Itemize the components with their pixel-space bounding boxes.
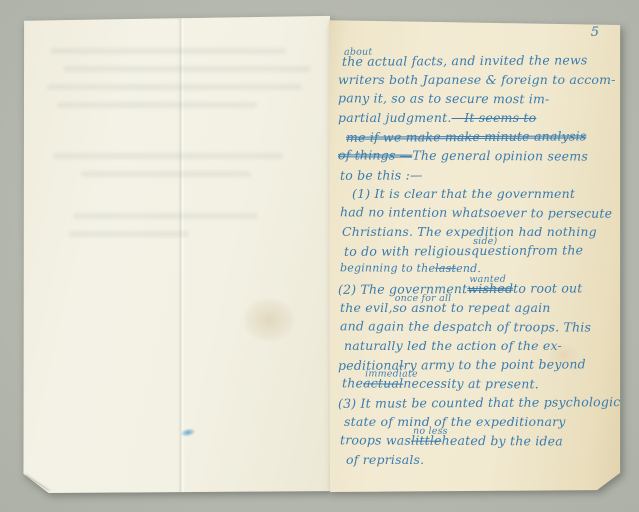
inserted-text-above: wanted: [469, 275, 506, 285]
manuscript-line: the actual facts, and invited the newsab…: [338, 52, 617, 73]
struck-text: wishedwanted: [467, 281, 513, 296]
inserted-text-above: about: [344, 48, 372, 58]
bleed-through-ghost-line: [63, 66, 311, 72]
handwritten-text: had no intention whatsoever to persecute: [340, 204, 612, 220]
handwritten-text: of reprisals.: [346, 452, 424, 467]
handwritten-text: questionside): [471, 243, 527, 258]
handwritten-text: and again the despatch of troops. This: [340, 318, 591, 334]
left-page: [21, 13, 330, 494]
manuscript-line: troops was littleno less heated by the i…: [338, 432, 617, 452]
handwritten-text: pany it, so as to secure most im-: [338, 90, 550, 106]
handwritten-text: state of mind of the expeditionary: [344, 414, 566, 429]
struck-text: of things —: [338, 147, 412, 162]
handwritten-text: to do with religious: [344, 243, 471, 259]
right-page-wrapper: 5 the actual facts, and invited the news…: [328, 13, 621, 493]
stain: [548, 343, 578, 367]
dog-ear-fold: [24, 475, 50, 492]
handwritten-text: necessity at present.: [403, 376, 539, 392]
manuscript-line: (1) It is clear that the government: [338, 186, 617, 205]
handwritten-text: troops was: [340, 432, 411, 447]
manuscript-line: had no intention whatsoever to persecute: [338, 204, 617, 224]
handwritten-text: naturally led the action of the ex-: [344, 338, 562, 353]
stain: [243, 298, 295, 342]
manuscript-line: pany it, so as to secure most im-: [338, 90, 617, 110]
right-page: 5 the actual facts, and invited the news…: [328, 13, 621, 493]
struck-text: last: [435, 262, 456, 275]
handwritten-text: writers both Japanese & foreign to accom…: [338, 72, 616, 87]
manuscript-line: and again the despatch of troops. This: [338, 318, 617, 338]
manuscript-line: to be this :—: [338, 166, 617, 187]
manuscript-line: of reprisals.: [338, 452, 617, 471]
handwritten-text: partial judgment.: [338, 110, 452, 125]
handwritten-text: from the: [527, 242, 583, 257]
manuscript-line: partial judgment. —It seems to: [338, 110, 617, 129]
handwritten-text: to root out: [513, 280, 582, 295]
handwritten-text: so asonce for all: [393, 300, 426, 315]
struck-text: actualimmediate: [363, 375, 403, 390]
handwritten-text: Christians. The expedition had nothing: [342, 224, 597, 239]
manuscript-line: me if we make make minute analysis: [338, 128, 617, 149]
bleed-through-ghost-line: [81, 171, 251, 177]
handwritten-text: beginning to the: [340, 261, 435, 274]
bleed-through-ghost-line: [57, 102, 257, 108]
manuscript-line: the actualimmediate necessity at present…: [338, 375, 617, 395]
manuscript-line: to do with religious questionside) from …: [338, 242, 617, 263]
manuscript-line: the evil, so asonce for all not to repea…: [338, 300, 617, 319]
bleed-through-ghost-line: [69, 231, 189, 237]
handwritten-text: the: [342, 375, 363, 390]
handwritten-text: not to repeat again: [425, 300, 550, 315]
inserted-text-above: side): [473, 237, 497, 247]
struck-text: —It seems to: [452, 110, 537, 125]
page-number: 5: [591, 25, 599, 40]
handwritten-text: (1) It is clear that the government: [352, 186, 575, 201]
handwritten-text: to be this :—: [340, 167, 423, 183]
handwritten-text: the evil,: [340, 300, 393, 315]
bleed-through-ghost-line: [73, 213, 258, 219]
bleed-through-ghost-line: [47, 84, 302, 90]
manuscript-line: state of mind of the expeditionary: [338, 414, 617, 433]
handwritten-text: (3) It must be counted that the psycholo…: [338, 394, 632, 411]
manuscript-line: of things — The general opinion seems: [338, 147, 617, 167]
handwritten-text: heated by the idea: [442, 433, 563, 449]
handwritten-text: end.: [456, 262, 481, 275]
bleed-through-ghost-line: [51, 48, 286, 54]
manuscript-line: writers both Japanese & foreign to accom…: [338, 72, 617, 91]
manuscript-line: (3) It must be counted that the psycholo…: [338, 394, 617, 415]
corner-cut: [590, 477, 623, 502]
handwritten-text: the actual facts, and invited the newsab…: [342, 52, 588, 68]
left-page-wrapper: [21, 13, 330, 494]
handwritten-text: The general opinion seems: [412, 148, 588, 164]
struck-text: littleno less: [411, 433, 442, 448]
manuscript-line: (2) The government wishedwanted to root …: [338, 280, 617, 301]
manuscript-text: the actual facts, and invited the newsab…: [338, 53, 617, 471]
struck-text: me if we make make minute analysis: [346, 128, 586, 144]
bleed-through-ghost-line: [53, 153, 283, 159]
